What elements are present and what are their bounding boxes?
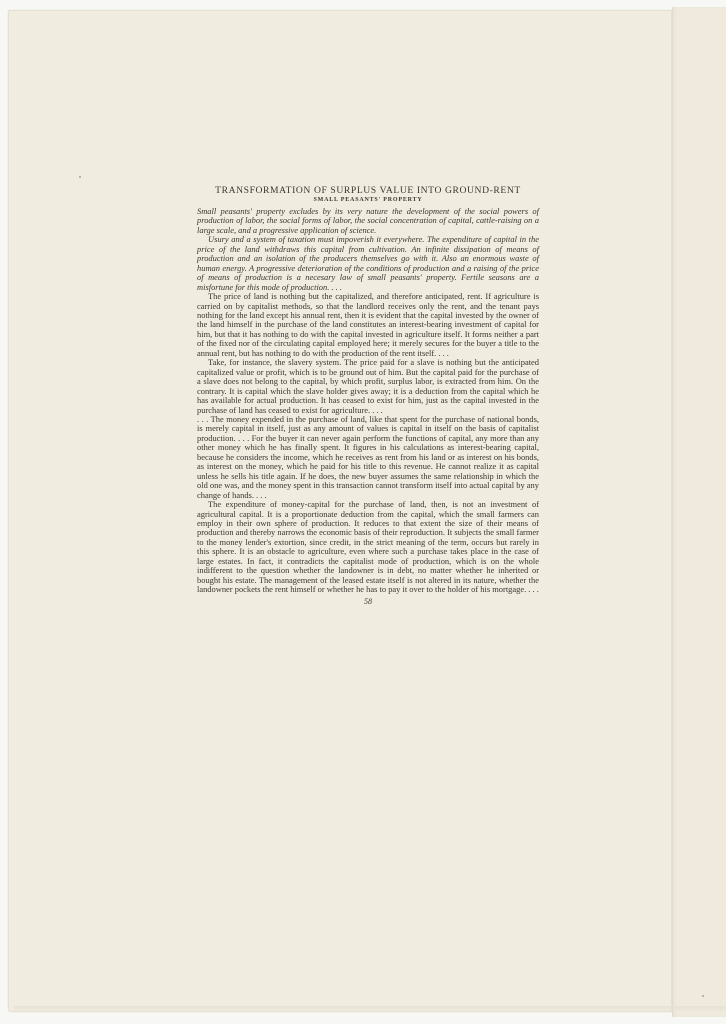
page-number: 58 xyxy=(197,596,539,607)
paragraph-5: . . . The money expended in the purchase… xyxy=(197,415,539,500)
paragraph-1: Small peasants' property excludes by its… xyxy=(197,207,539,235)
facing-page-edge xyxy=(672,7,726,1017)
paragraph-6: The expenditure of money-capital for the… xyxy=(197,500,539,595)
section-subtitle: SMALL PEASANTS' PROPERTY xyxy=(197,196,539,204)
paper-speck xyxy=(702,995,704,997)
text-block: TRANSFORMATION OF SURPLUS VALUE INTO GRO… xyxy=(197,185,539,607)
paragraph-2: Usury and a system of taxation must impo… xyxy=(197,235,539,292)
paragraph-4: Take, for instance, the slavery system. … xyxy=(197,358,539,415)
page-bottom-shadow xyxy=(14,1006,726,1012)
paragraph-3: The price of land is nothing but the cap… xyxy=(197,292,539,358)
page-title: TRANSFORMATION OF SURPLUS VALUE INTO GRO… xyxy=(197,185,539,196)
paper-speck xyxy=(79,176,81,178)
